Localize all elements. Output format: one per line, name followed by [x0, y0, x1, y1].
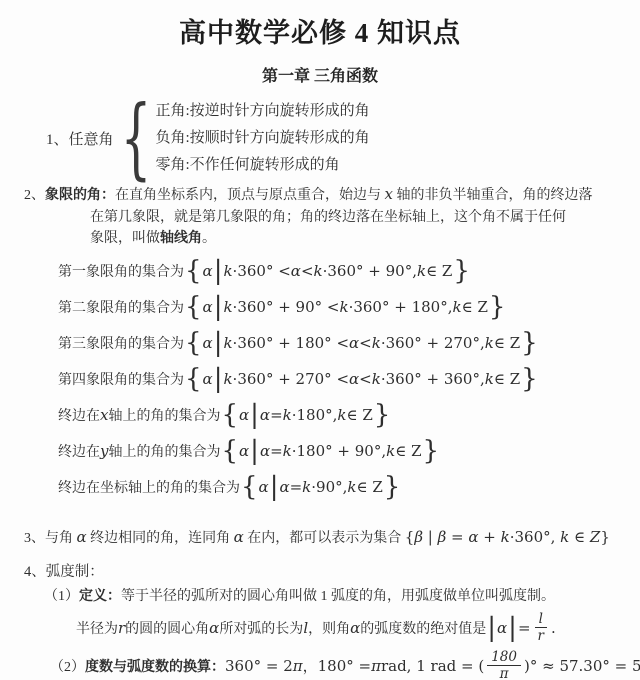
item-2-line-1: 2、象限的角：在直角坐标系内，顶点与原点重合，始边与 x 轴的非负半轴重合，角的…: [24, 184, 640, 207]
radian-definition-line: （1）定义：等于半径的弧所对的圆心角叫做 1 弧度的角，用弧度做单位叫弧度制。: [44, 585, 640, 605]
item-3-coterminal-angles: 3、与角 α 终边相同的角，连同角 α 在内，都可以表示为集合 {β | β =…: [24, 527, 640, 547]
set-line-x-axis: 终边在 x 轴上的角的集合为 {α|α = k·180°, k ∈ Z}: [58, 397, 640, 433]
set-line-y-axis: 终边在 y 轴上的角的集合为 {α|α = k·180° + 90°, k ∈ …: [58, 433, 640, 469]
item-2-line-3: 象限，叫做轴线角。: [24, 228, 640, 250]
left-brace-icon: {: [120, 98, 151, 179]
degree-radian-conversion-line: （2）度数与弧度数的换算：360° = 2π，180° = π rad, 1 r…: [50, 650, 640, 680]
item-1-any-angle: 1、任意角 { 正角:按逆时针方向旋转形成的角 负角:按顺时针方向旋转形成的角 …: [46, 98, 640, 179]
negative-angle-line: 负角:按顺时针方向旋转形成的角: [156, 125, 370, 152]
item-2-quadrant-angle: 2、象限的角：在直角坐标系内，顶点与原点重合，始边与 x 轴的非负半轴重合，角的…: [24, 184, 640, 250]
set-line-quadrant-4: 第四象限角的集合为 {α|k·360° + 270° < α < k·360° …: [58, 361, 640, 397]
item-1-label: 1、任意角: [46, 128, 114, 149]
angle-set-formulas: 第一象限角的集合为 {α|k·360° < α < k·360° + 90°, …: [58, 253, 640, 505]
set-line-coordinate-axes: 终边在坐标轴上的角的集合为 {α|α = k·90°, k ∈ Z}: [58, 469, 640, 505]
document-page: 高中数学必修 4 知识点 第一章 三角函数 1、任意角 { 正角:按逆时针方向旋…: [0, 0, 640, 680]
set-line-quadrant-3: 第三象限角的集合为 {α|k·360° + 180° < α < k·360° …: [58, 325, 640, 361]
item-4-radian-heading: 4、弧度制：: [24, 560, 640, 581]
item-2-line-2: 在第几象限，就是第几象限的角；角的终边落在坐标轴上，这个角不属于任何: [24, 207, 640, 229]
chapter-heading: 第一章 三角函数: [0, 66, 640, 88]
zero-angle-line: 零角:不作任何旋转形成的角: [156, 152, 370, 179]
radian-absolute-value-line: 半径为 r 的圆的圆心角 α 所对弧的长为 l，则角 α 的弧度数的绝对值是 |…: [76, 608, 640, 648]
set-line-quadrant-2: 第二象限角的集合为 {α|k·360° + 90° < k·360° + 180…: [58, 289, 640, 325]
set-line-quadrant-1: 第一象限角的集合为 {α|k·360° < α < k·360° + 90°, …: [58, 253, 640, 289]
item-1-brace-lines: 正角:按逆时针方向旋转形成的角 负角:按顺时针方向旋转形成的角 零角:不作任何旋…: [156, 98, 370, 179]
positive-angle-line: 正角:按逆时针方向旋转形成的角: [156, 98, 370, 125]
page-title: 高中数学必修 4 知识点: [0, 0, 640, 50]
